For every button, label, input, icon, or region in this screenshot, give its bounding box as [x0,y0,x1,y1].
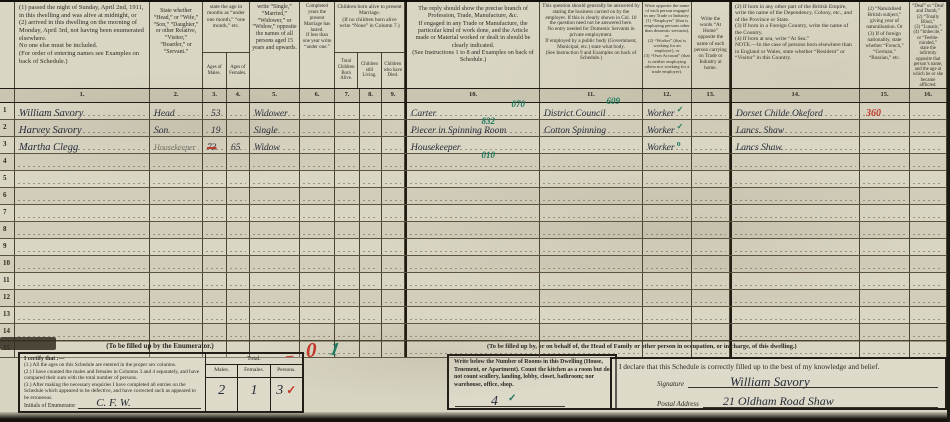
cell-children-total [335,256,360,272]
cell-children-living [360,171,382,187]
cell-marital-status [250,205,300,221]
cell-nationality [860,256,910,272]
cell-occupation [405,154,540,170]
cell-infirmity [910,137,947,153]
table-body: 1 William Savory Head 53 Widower Carter0… [0,103,947,358]
table-row: 14 [0,324,947,341]
cell-marriage-years [300,137,335,153]
enumerator-certify-block: I certify that :— (1.) All the ages on t… [20,354,205,411]
cell-birthplace [730,324,860,340]
cell-infirmity [910,103,947,119]
females-label: Females. [238,365,270,377]
cell-age-female [227,239,250,255]
cell-children-living [360,256,382,272]
cell-occupation: Housekeeper010 [405,137,540,153]
cell-age-male: 19 [203,120,227,136]
table-row: 11 [0,273,947,290]
cell-age-male [203,239,227,255]
initials-line: C. F. W. [78,398,201,409]
enumerator-box-title: (To be filled up by the Enumerator.) [20,342,300,350]
colnum-14: 14. [730,89,860,102]
rooms-value: 4 [487,394,498,409]
cell-industry [540,273,643,289]
cell-name [15,188,150,204]
cell-relationship [150,239,203,255]
cell-name: Harvey Savory [15,120,150,136]
cell-employment-status: Workero [643,137,692,153]
cell-industry [540,256,643,272]
cell-nationality [860,222,910,238]
cell-row-number: 3 [0,137,15,153]
cell-infirmity [910,256,947,272]
cell-occupation [405,256,540,272]
cell-children-living [360,120,382,136]
enumerator-initials-row: Initials of Enumerator C. F. W. [24,398,201,409]
name-value: Harvey Savory [15,123,82,138]
cell-infirmity [910,205,947,221]
cell-nationality [860,273,910,289]
cell-children-died [382,239,405,255]
postal-address-value: 21 Oldham Road Shaw [719,394,834,409]
cell-infirmity [910,307,947,323]
cell-birthplace [730,307,860,323]
cell-infirmity [910,222,947,238]
cell-name [15,256,150,272]
nationality-code-annotation: 360 [860,106,881,121]
cell-industry [540,137,643,153]
cell-marital-status [250,154,300,170]
cell-age-female [227,273,250,289]
cell-age-male [203,205,227,221]
cell-children-living [360,103,382,119]
cell-at-home [692,222,730,238]
col-header-name-instructions: (1) passed the night of Sunday, April 2n… [15,2,150,88]
table-row: 8 [0,222,947,239]
cell-birthplace: Dorset Childe Okeford [730,103,860,119]
cell-age-male [203,290,227,306]
scan-smudge [0,337,56,350]
cell-infirmity [910,120,947,136]
colnum-7: 7. [335,89,360,102]
cell-employment-status [643,273,692,289]
table-row: 13 [0,307,947,324]
cell-row-number: 12 [0,290,15,306]
census-table: (1) passed the night of Sunday, April 2n… [0,0,947,358]
cell-at-home [692,256,730,272]
cell-birthplace [730,239,860,255]
cell-employment-status: Worker✓ [643,103,692,119]
cell-age-male [203,273,227,289]
cell-marriage-years [300,273,335,289]
col-header-relationship: State whether “Head,” or “Wife,” “Son,” … [150,2,203,88]
cell-children-living [360,290,382,306]
colnum-6: 6. [300,89,335,102]
cell-birthplace: Lancs. Shaw [730,120,860,136]
cell-marriage-years [300,103,335,119]
cell-occupation [405,273,540,289]
col-header-children-note: Children born alive to present Marriage.… [335,2,404,53]
cell-children-living [360,222,382,238]
cell-relationship [150,154,203,170]
cell-birthplace [730,273,860,289]
initials-label: Initials of Enumerator [24,403,78,409]
cell-relationship: Son [150,120,203,136]
cell-children-died [382,137,405,153]
colnum-2: 2. [150,89,203,102]
cell-occupation [405,290,540,306]
totals-labels-row: Males. Females. Persons. [206,365,302,378]
name-value: William Savory [15,106,83,121]
cell-name [15,154,150,170]
cell-age-male [203,324,227,340]
cell-employment-status [643,239,692,255]
col-header-infirmity: “Deaf” or “Deaf and Dumb,” (2) “Totally … [910,2,947,88]
col-header-ages-males: Ages of Males. [203,53,227,88]
cell-row-number: 4 [0,154,15,170]
cell-industry [540,171,643,187]
cell-at-home [692,103,730,119]
cell-industry [540,154,643,170]
col-header-rownum-margin [0,2,15,88]
cell-age-male [203,154,227,170]
cell-children-living [360,273,382,289]
females-value: 1 [250,378,257,404]
col-header-children-died: Children who have Died. [382,53,404,88]
cell-children-total [335,324,360,340]
cell-row-number: 1 [0,103,15,119]
cell-employment-status [643,256,692,272]
cell-employment-status [643,307,692,323]
postal-address-row: Postal Address 21 Oldham Road Shaw [619,397,938,408]
cell-children-living [360,341,382,357]
cell-relationship [150,222,203,238]
cell-children-total [335,137,360,153]
cell-at-home [692,290,730,306]
table-row: 5 [0,171,947,188]
cell-birthplace [730,154,860,170]
cell-nationality [860,120,910,136]
col-header-age-note: state the age in months as “under one mo… [203,2,249,53]
cell-children-total [335,222,360,238]
cell-infirmity [910,188,947,204]
cell-marriage-years [300,256,335,272]
cell-name [15,307,150,323]
cell-marital-status [250,307,300,323]
cell-name [15,222,150,238]
cell-employment-status [643,205,692,221]
cell-age-female [227,188,250,204]
rooms-check-annotation: ✓ [508,393,516,406]
col-header-occupation: The reply should show the precise branch… [405,2,540,88]
colnum-3: 3. [203,89,227,102]
col-header-marriage-years: Completed years the present Marriage has… [300,2,335,88]
cell-occupation [405,341,540,357]
cell-children-died [382,205,405,221]
cell-children-died [382,341,405,357]
persons-value: 3 [276,378,283,404]
cell-age-female [227,171,250,187]
cell-row-number: 9 [0,239,15,255]
cell-age-female [227,154,250,170]
census-schedule-sheet: (1) passed the night of Sunday, April 2n… [0,0,950,422]
cell-marriage-years [300,307,335,323]
cell-at-home [692,154,730,170]
cell-relationship: Head [150,103,203,119]
cell-name [15,239,150,255]
cell-children-total [335,307,360,323]
signature-value: William Savory [726,374,810,389]
cell-infirmity [910,273,947,289]
cell-children-died [382,222,405,238]
cell-at-home [692,137,730,153]
cell-industry [540,307,643,323]
cell-industry [540,324,643,340]
cell-at-home [692,171,730,187]
persons-label: Persons. [271,365,302,377]
cell-children-living [360,307,382,323]
cell-children-died [382,103,405,119]
column-number-strip: 1. 2. 3. 4. 5. 6. 7. 8. 9. 10. 11. 12. 1… [0,89,947,103]
cell-industry [540,290,643,306]
cell-marriage-years [300,154,335,170]
table-row: 2 Harvey Savory Son 19 Single Piecer in … [0,120,947,137]
postal-address-line: 21 Oldham Road Shaw [703,397,938,408]
cell-industry [540,341,643,357]
cell-occupation: Piecer in Spinning Room [405,120,540,136]
cell-row-number: 11 [0,273,15,289]
colnum-5: 5. [250,89,300,102]
cell-children-died [382,154,405,170]
cell-children-died [382,188,405,204]
col-header-employment-status: Write opposite the name of each person e… [643,2,692,88]
cell-age-female [227,290,250,306]
cell-children-living [360,205,382,221]
cell-children-total [335,273,360,289]
col-header-children-living: Children still Living. [358,53,381,88]
colnum-4: 4. [227,89,250,102]
cell-occupation [405,239,540,255]
cell-marital-status [250,222,300,238]
cell-children-total [335,103,360,119]
cell-nationality [860,171,910,187]
rooms-box: Write below the Number of Rooms in this … [447,354,617,410]
cell-children-total [335,239,360,255]
cell-children-died [382,256,405,272]
table-row: 12 [0,290,947,307]
red-zero-mark: 0 [306,340,317,361]
cell-row-number: 5 [0,171,15,187]
cell-children-living [360,188,382,204]
cell-row-number: 2 [0,120,15,136]
cell-occupation [405,205,540,221]
cell-name [15,171,150,187]
colnum-11: 11. [540,89,643,102]
cell-at-home [692,324,730,340]
cell-row-number: 7 [0,205,15,221]
cell-employment-status [643,290,692,306]
cell-marriage-years [300,171,335,187]
colnum-9: 9. [382,89,405,102]
males-value: 2 [218,378,225,404]
cell-infirmity [910,171,947,187]
red-dash-mark: – [285,349,294,365]
cell-age-female [227,324,250,340]
rooms-entry-line: 4 ✓ [455,392,565,407]
cell-marital-status [250,324,300,340]
cell-name [15,290,150,306]
totals-values-row: 2 1 3✓ [206,378,302,411]
cell-children-total [335,154,360,170]
cell-relationship [150,290,203,306]
cell-children-died [382,307,405,323]
colnum-13: 13. [692,89,730,102]
cell-birthplace: Lancs Shaw. [730,137,860,153]
cell-children-living [360,137,382,153]
cell-relationship: Housekeeper [150,137,203,153]
cell-children-total [335,205,360,221]
cell-infirmity [910,341,947,357]
cell-relationship [150,256,203,272]
cell-nationality [860,188,910,204]
cell-marriage-years [300,239,335,255]
cell-birthplace [730,222,860,238]
cell-relationship [150,171,203,187]
cell-nationality [860,290,910,306]
name-value: Martha Clegg [15,140,78,155]
relationship-value: Housekeeper [150,140,196,155]
cell-marital-status [250,273,300,289]
cell-at-home [692,120,730,136]
cell-marriage-years [300,290,335,306]
cell-industry [540,205,643,221]
col-header-nationality: (2) “Naturalised British subject,” givin… [860,2,910,88]
cell-children-total [335,290,360,306]
cell-marital-status: Widower [250,103,300,119]
cell-age-female [227,205,250,221]
table-row: 10 [0,256,947,273]
table-row: 4 [0,154,947,171]
cell-name [15,205,150,221]
table-row: 6 [0,188,947,205]
cell-industry [540,222,643,238]
cell-occupation [405,171,540,187]
col-header-marital: write “Single,” “Married,” “Widower,” or… [250,2,300,88]
cell-children-living [360,239,382,255]
cell-employment-status [643,154,692,170]
cell-nationality [860,205,910,221]
rooms-instructions: Write below the Number of Rooms in this … [454,359,610,389]
cell-marital-status [250,290,300,306]
persons-checkmark: ✓ [286,383,296,397]
cell-nationality: 360 [860,103,910,119]
cell-marital-status: Single [250,120,300,136]
declaration-box: I declare that this Schedule is correctl… [610,357,947,410]
cell-employment-status [643,188,692,204]
colnum-12: 12. [643,89,692,102]
cell-employment-status: Worker✓ [643,120,692,136]
cell-at-home [692,273,730,289]
declaration-text: I declare that this Schedule is correctl… [619,362,938,371]
table-row: 7 [0,205,947,222]
males-value-cell: 2 [206,378,238,411]
cell-nationality [860,154,910,170]
cell-children-died [382,171,405,187]
signature-label: Signature [619,380,688,388]
cell-occupation [405,324,540,340]
females-value-cell: 1 [238,378,270,411]
cell-employment-status [643,222,692,238]
cell-age-male [203,256,227,272]
cell-children-died [382,324,405,340]
cell-children-died [382,273,405,289]
cell-relationship [150,307,203,323]
cell-industry [540,239,643,255]
cell-birthplace [730,171,860,187]
cell-birthplace [730,188,860,204]
cell-nationality [860,307,910,323]
cell-row-number: 6 [0,188,15,204]
cell-nationality [860,324,910,340]
cell-children-total [335,188,360,204]
cell-at-home [692,307,730,323]
cell-marriage-years [300,205,335,221]
col-header-age-subcols: Ages of Males. Ages of Females. [203,53,249,88]
cell-age-male [203,307,227,323]
cell-industry: District Council609 [540,103,643,119]
col-header-age-group: state the age in months as “under one mo… [203,2,250,88]
persons-value-cell: 3✓ [271,378,302,411]
cell-children-living [360,324,382,340]
cell-marital-status [250,171,300,187]
industry-code-annotation: 609 [607,97,621,106]
cell-children-died [382,290,405,306]
cell-age-male [203,222,227,238]
cell-employment-status [643,324,692,340]
cell-children-total [335,171,360,187]
table-header-row: (1) passed the night of Sunday, April 2n… [0,2,947,89]
colnum-margin [0,89,15,102]
cell-employment-status [643,171,692,187]
cell-age-female [227,256,250,272]
cell-infirmity [910,324,947,340]
cell-nationality [860,239,910,255]
colnum-15: 15. [860,89,910,102]
col-header-children-group: Children born alive to present Marriage.… [335,2,405,88]
employment-check-annotation: ✓ [677,122,684,131]
cell-age-female [227,103,250,119]
col-header-children-subcols: Total Children Born Alive. Children stil… [335,53,404,88]
cell-birthplace [730,290,860,306]
cell-relationship [150,273,203,289]
employment-check-annotation: o [677,139,681,148]
table-row: 9 [0,239,947,256]
cell-marital-status [250,188,300,204]
cell-name [15,273,150,289]
cell-infirmity [910,239,947,255]
scan-shadow-bottom [0,412,950,422]
table-row: 3 Martha Clegg Housekeeper 73 65 Widow H… [0,137,947,154]
cell-relationship [150,324,203,340]
cell-infirmity [910,290,947,306]
cell-birthplace [730,256,860,272]
cell-children-living [360,154,382,170]
enumerator-box: I certify that :— (1.) All the ages on t… [18,352,304,413]
col-header-at-home: Write the words “At Home” opposite the n… [692,2,730,88]
cell-relationship [150,205,203,221]
cell-age-female [227,120,250,136]
cell-age-female: 65 [227,137,250,153]
initials-value: C. F. W. [92,396,131,411]
